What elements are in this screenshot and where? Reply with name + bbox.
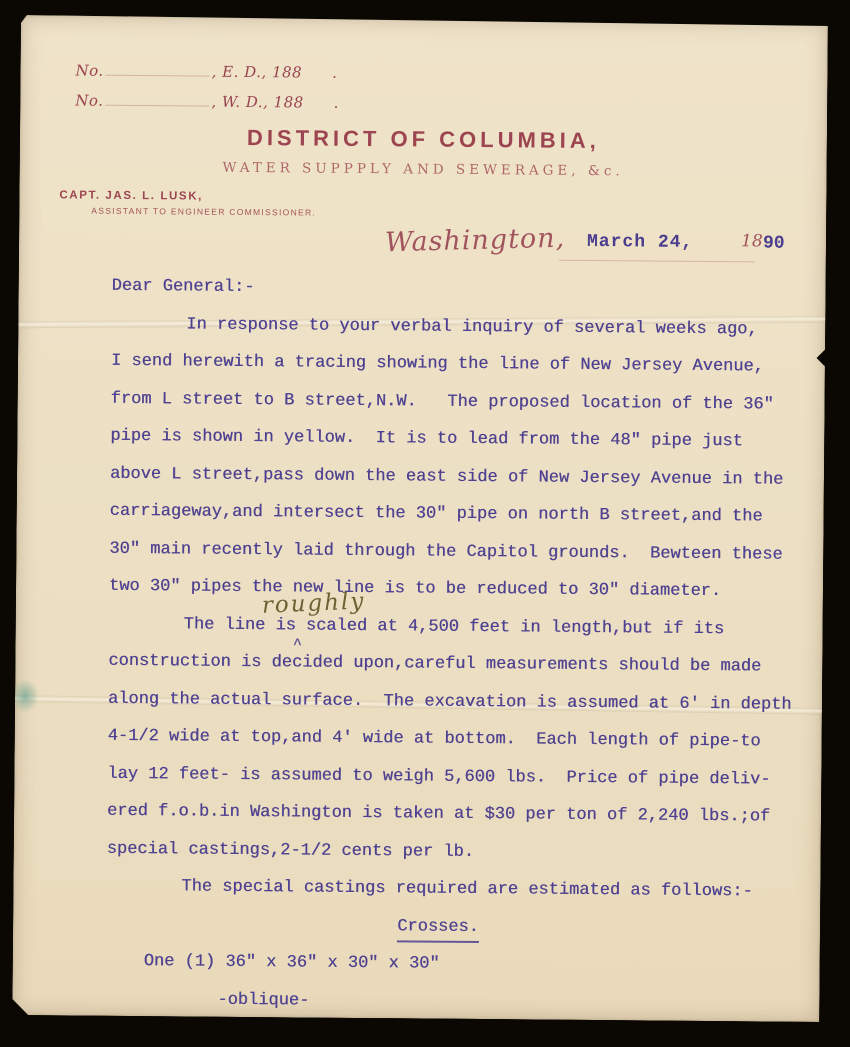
paper-stain bbox=[11, 679, 39, 713]
letter-line: In response to your verbal inquiry of se… bbox=[111, 305, 811, 349]
register-line-ed: No., E. D., 188. bbox=[75, 61, 337, 81]
insertion-after-text: scaled at 4,500 feet in length,but if it… bbox=[306, 616, 724, 639]
blank-rule bbox=[105, 93, 209, 107]
letter-line: above L street,pass down the east side o… bbox=[110, 455, 810, 499]
dateline: Washington, March 24, 18 90 bbox=[19, 215, 826, 274]
letter-line: special castings,2-1/2 cents per lb. bbox=[107, 830, 807, 874]
letter-line: ered f.o.b.in Washington is taken at $30… bbox=[107, 793, 807, 837]
dateline-year-printed: 18 bbox=[741, 231, 763, 251]
letter-line: 30" main recently laid through the Capit… bbox=[109, 530, 809, 574]
letter-line: carriageway,and intersect the 30" pipe o… bbox=[110, 493, 810, 537]
dateline-typed-date: March 24, bbox=[587, 232, 693, 253]
blank-rule bbox=[106, 63, 210, 77]
casting-item-line: One (1) 36" x 36" x 30" x 30" bbox=[106, 943, 806, 987]
letterhead-title: DISTRICT OF COLUMBIA, bbox=[20, 123, 827, 156]
letter-line: pipe is shown in yellow. It is to lead f… bbox=[110, 418, 810, 462]
paper-edge-notch bbox=[817, 350, 834, 367]
salutation: Dear General:- bbox=[111, 268, 811, 312]
officer-name: CAPT. JAS. L. LUSK, bbox=[59, 189, 316, 203]
letter-body: Dear General:- In response to your verba… bbox=[105, 268, 812, 1024]
casting-item-sub: -oblique- bbox=[105, 980, 805, 1024]
trailing-dot: . bbox=[334, 94, 339, 112]
letter-page: No., E. D., 188. No., W. D., 188. DISTRI… bbox=[12, 15, 828, 1022]
letter-line: 4-1/2 wide at top,and 4' wide at bottom.… bbox=[108, 718, 808, 762]
letter-line: lay 12 feet- is assumed to weigh 5,600 l… bbox=[107, 755, 807, 799]
letterhead-subtitle: WATER SUPPPLY AND SEWERAGE, &c. bbox=[20, 158, 827, 181]
handwritten-insert-word: roughly bbox=[261, 583, 366, 625]
register-line-wd: No., W. D., 188. bbox=[75, 91, 339, 111]
trailing-dot: . bbox=[332, 64, 337, 82]
caret-mark: ^ bbox=[293, 626, 302, 664]
officer-block: CAPT. JAS. L. LUSK, ASSISTANT TO ENGINEE… bbox=[59, 189, 316, 217]
division-label: , E. D., 188 bbox=[212, 63, 303, 82]
section-heading-line: Crosses. bbox=[106, 905, 806, 949]
letter-line: construction is decided upon,careful mea… bbox=[108, 643, 808, 687]
no-label: No. bbox=[75, 61, 103, 79]
no-label: No. bbox=[75, 91, 103, 109]
division-label: , W. D., 188 bbox=[211, 93, 303, 112]
dateline-place-script: Washington, bbox=[385, 223, 566, 259]
dateline-year-typed: 90 bbox=[763, 233, 785, 253]
letter-line-with-insertion: The line isroughly^scaled at 4,500 feet … bbox=[109, 605, 809, 649]
letter-line: along the actual surface. The excavation… bbox=[108, 680, 808, 724]
letter-line: The special castings required are estima… bbox=[106, 868, 806, 912]
letter-line: from L street to B street,N.W. The propo… bbox=[110, 380, 810, 424]
letter-line: I send herewith a tracing showing the li… bbox=[111, 343, 811, 387]
letter-line: two 30" pipes the new line is to be redu… bbox=[109, 568, 809, 612]
insertion-point: roughly^ bbox=[296, 612, 306, 629]
section-heading: Crosses. bbox=[397, 914, 479, 943]
dateline-blank-rule bbox=[559, 260, 755, 263]
